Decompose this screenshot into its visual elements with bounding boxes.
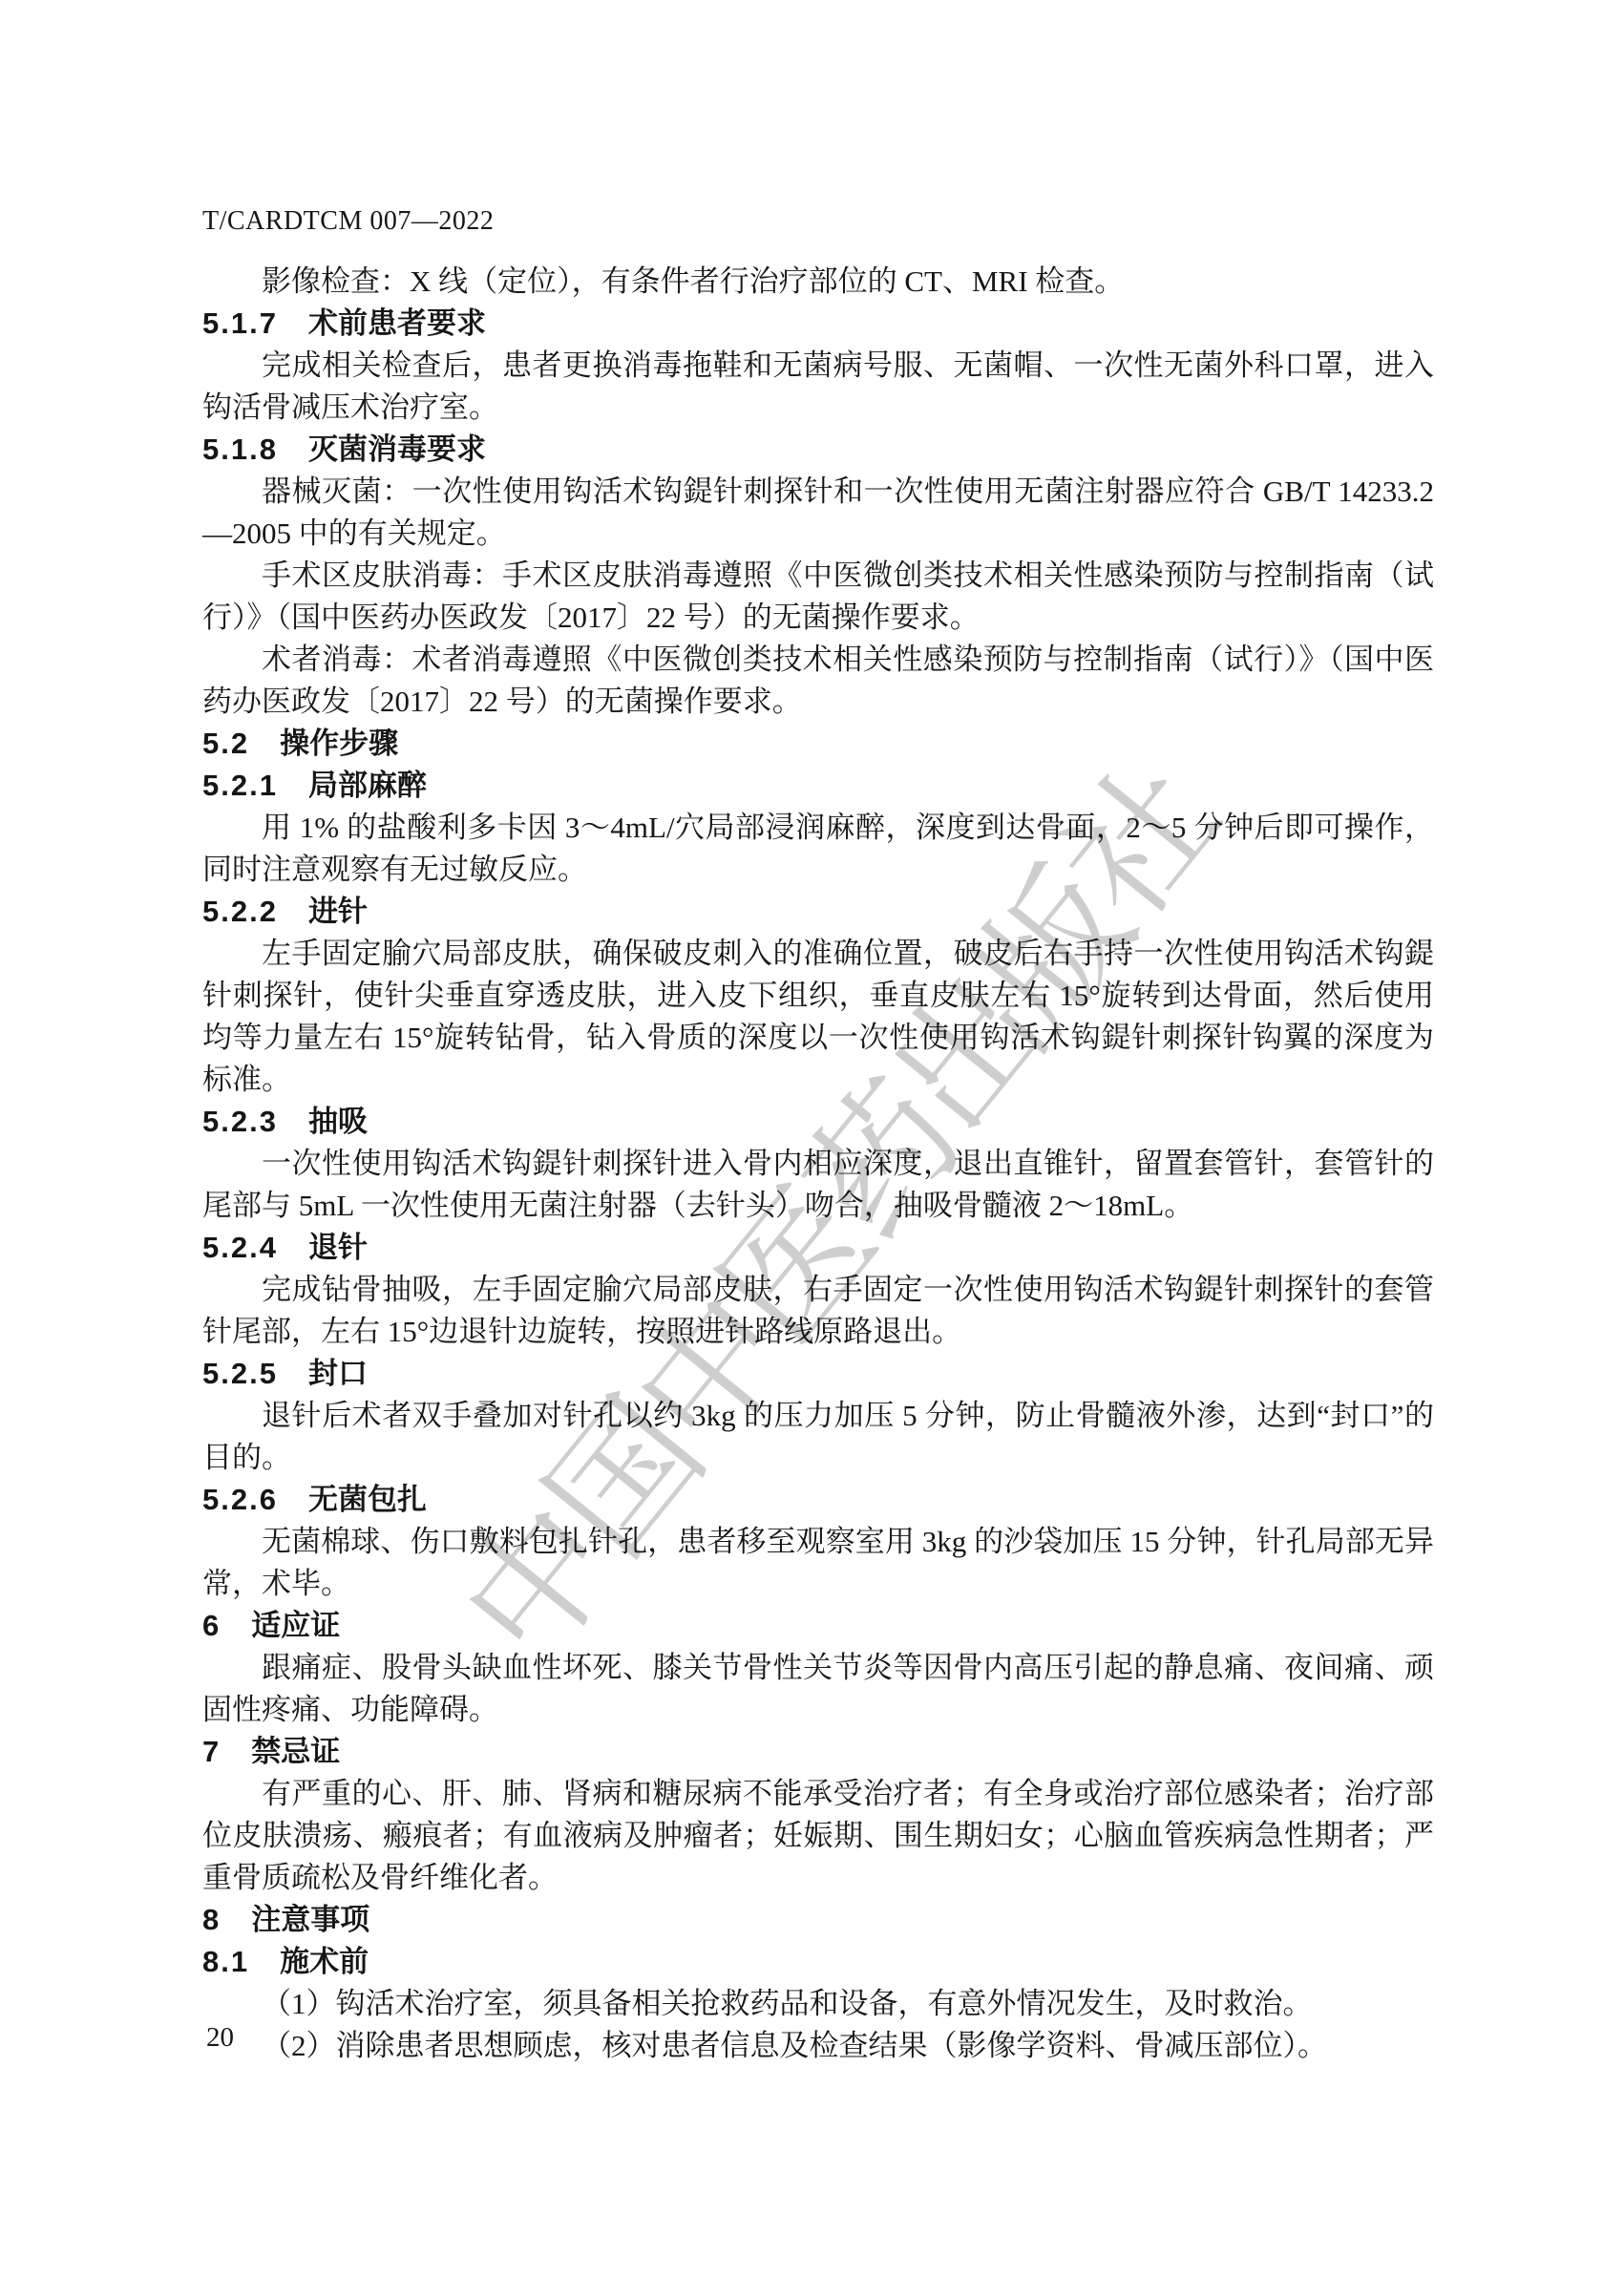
document-body: 影像检查：X 线（定位），有条件者行治疗部位的 CT、MRI 检查。5.1.7术…: [202, 261, 1434, 2067]
section-title: 施术前: [280, 1945, 369, 1978]
section-title: 局部麻醉: [308, 769, 427, 802]
section-number: 5.1.8: [202, 432, 278, 466]
paragraph: 左手固定腧穴局部皮肤，确保破皮刺入的准确位置，破皮后右手持一次性使用钩活术钩鍉针…: [202, 933, 1434, 1101]
section-number: 5.2.6: [202, 1483, 278, 1516]
section-heading: 8注意事项: [202, 1899, 1434, 1941]
section-title: 封口: [308, 1357, 368, 1390]
section-number: 5.2.1: [202, 769, 278, 802]
section-heading: 5.1.8灭菌消毒要求: [202, 429, 1434, 471]
section-heading: 7禁忌证: [202, 1731, 1434, 1773]
paragraph: 术者消毒：术者消毒遵照《中医微创类技术相关性感染预防与控制指南（试行）》（国中医…: [202, 639, 1434, 723]
section-heading: 5.2.4退针: [202, 1227, 1434, 1269]
section-heading: 5.2.3抽吸: [202, 1101, 1434, 1143]
section-title: 无菌包扎: [308, 1483, 427, 1516]
page-number: 20: [206, 2022, 234, 2054]
section-number: 6: [202, 1609, 221, 1642]
paragraph: （1）钩活术治疗室，须具备相关抢救药品和设备，有意外情况发生，及时救治。: [202, 1983, 1434, 2025]
section-number: 5.2.2: [202, 895, 278, 928]
paragraph: 有严重的心、肝、肺、肾病和糖尿病不能承受治疗者；有全身或治疗部位感染者；治疗部位…: [202, 1773, 1434, 1899]
section-heading: 8.1施术前: [202, 1941, 1434, 1983]
section-heading: 5.2操作步骤: [202, 723, 1434, 765]
section-heading: 5.2.5封口: [202, 1353, 1434, 1395]
section-heading: 5.2.1局部麻醉: [202, 765, 1434, 807]
section-number: 5.2: [202, 727, 249, 760]
document-page: T/CARDTCM 007—2022 中国中医药出版社 影像检查：X 线（定位）…: [0, 0, 1624, 2278]
paragraph: 影像检查：X 线（定位），有条件者行治疗部位的 CT、MRI 检查。: [202, 261, 1434, 303]
paragraph: 跟痛症、股骨头缺血性坏死、膝关节骨性关节炎等因骨内高压引起的静息痛、夜间痛、顽固…: [202, 1647, 1434, 1731]
section-number: 5.1.7: [202, 306, 278, 340]
document-standard-code-header: T/CARDTCM 007—2022: [202, 206, 494, 237]
section-number: 5.2.5: [202, 1357, 278, 1390]
section-title: 抽吸: [308, 1105, 368, 1138]
section-number: 7: [202, 1735, 221, 1768]
section-number: 8.1: [202, 1945, 249, 1978]
section-title: 适应证: [251, 1609, 340, 1642]
paragraph: 退针后术者双手叠加对针孔以约 3kg 的压力加压 5 分钟，防止骨髓液外渗，达到…: [202, 1395, 1434, 1479]
section-title: 禁忌证: [251, 1735, 340, 1768]
paragraph: 完成相关检查后，患者更换消毒拖鞋和无菌病号服、无菌帽、一次性无菌外科口罩，进入钩…: [202, 345, 1434, 429]
section-heading: 5.1.7术前患者要求: [202, 303, 1434, 345]
section-title: 灭菌消毒要求: [308, 432, 486, 466]
section-title: 操作步骤: [280, 727, 398, 760]
section-heading: 6适应证: [202, 1605, 1434, 1647]
section-number: 5.2.4: [202, 1231, 278, 1264]
paragraph: 器械灭菌：一次性使用钩活术钩鍉针刺探针和一次性使用无菌注射器应符合 GB/T 1…: [202, 471, 1434, 555]
paragraph: 完成钻骨抽吸，左手固定腧穴局部皮肤，右手固定一次性使用钩活术钩鍉针刺探针的套管针…: [202, 1269, 1434, 1353]
section-title: 进针: [308, 895, 368, 928]
section-heading: 5.2.2进针: [202, 891, 1434, 933]
paragraph: 无菌棉球、伤口敷料包扎针孔，患者移至观察室用 3kg 的沙袋加压 15 分钟，针…: [202, 1521, 1434, 1605]
paragraph: 用 1% 的盐酸利多卡因 3～4mL/穴局部浸润麻醉，深度到达骨面，2～5 分钟…: [202, 807, 1434, 891]
section-number: 8: [202, 1903, 221, 1936]
section-title: 术前患者要求: [308, 306, 486, 340]
paragraph: 手术区皮肤消毒：手术区皮肤消毒遵照《中医微创类技术相关性感染预防与控制指南（试行…: [202, 555, 1434, 639]
paragraph: 一次性使用钩活术钩鍉针刺探针进入骨内相应深度，退出直锥针，留置套管针，套管针的尾…: [202, 1143, 1434, 1227]
section-number: 5.2.3: [202, 1105, 278, 1138]
section-heading: 5.2.6无菌包扎: [202, 1479, 1434, 1521]
paragraph: （2）消除患者思想顾虑，核对患者信息及检查结果（影像学资料、骨减压部位）。: [202, 2025, 1434, 2067]
section-title: 退针: [308, 1231, 368, 1264]
section-title: 注意事项: [251, 1903, 369, 1936]
